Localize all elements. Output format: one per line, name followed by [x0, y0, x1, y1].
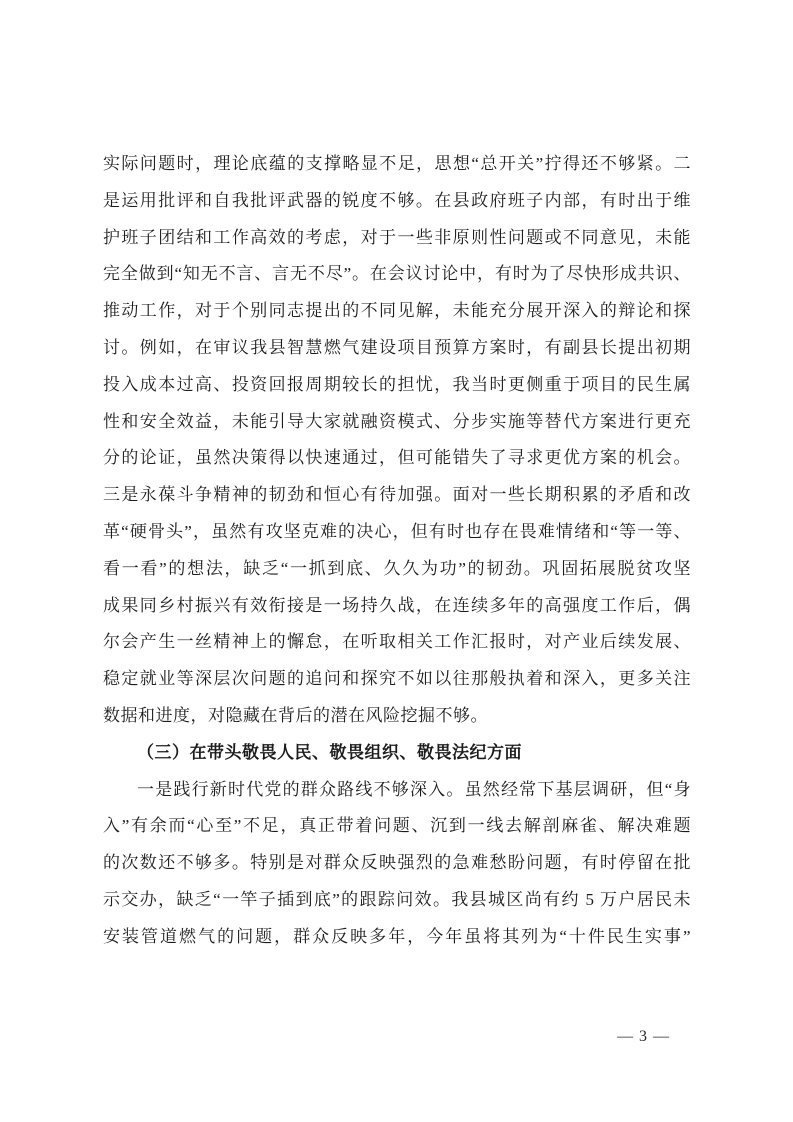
text-line: 看一看”的想法，缺乏“一抓到底、久久为功”的韧劲。巩固拓展脱贫攻坚	[103, 551, 691, 588]
document-body: 实际问题时，理论底蕴的支撑略显不足，思想“总开关”拧得还不够紧。二是运用批评和自…	[103, 146, 691, 956]
text-line: 三是永葆斗争精神的韧劲和恒心有待加强。面对一些长期积累的矛盾和改	[103, 477, 691, 514]
text-line: 安装管道燃气的问题，群众反映多年，今年虽将其列为“十件民生实事”	[103, 919, 691, 956]
text-line: 一是践行新时代党的群众路线不够深入。虽然经常下基层调研，但“身	[103, 772, 691, 809]
text-line: 是运用批评和自我批评武器的锐度不够。在县政府班子内部，有时出于维	[103, 183, 691, 220]
text-line: 推动工作，对于个别同志提出的不同见解，未能充分展开深入的辩论和探	[103, 293, 691, 330]
text-line: 分的论证，虽然决策得以快速通过，但可能错失了寻求更优方案的机会。	[103, 440, 691, 477]
text-line: 完全做到“知无不言、言无不尽”。在会议讨论中，有时为了尽快形成共识、	[103, 256, 691, 293]
text-line: 成果同乡村振兴有效衔接是一场持久战，在连续多年的高强度工作后，偶	[103, 588, 691, 625]
text-line: 性和安全效益，未能引导大家就融资模式、分步实施等替代方案进行更充	[103, 404, 691, 441]
text-line: 投入成本过高、投资回报周期较长的担忧，我当时更侧重于项目的民生属	[103, 367, 691, 404]
text-line: 革“硬骨头”，虽然有攻坚克难的决心，但有时也存在畏难情绪和“等一等、	[103, 514, 691, 551]
text-line: 的次数还不够多。特别是对群众反映强烈的急难愁盼问题，有时停留在批	[103, 845, 691, 882]
section-heading: （三）在带头敬畏人民、敬畏组织、敬畏法纪方面	[103, 735, 691, 772]
text-line: 实际问题时，理论底蕴的支撑略显不足，思想“总开关”拧得还不够紧。二	[103, 146, 691, 183]
text-line: 入”有余而“心至”不足，真正带着问题、沉到一线去解剖麻雀、解决难题	[103, 808, 691, 845]
page-number: — 3 —	[617, 1028, 670, 1046]
text-line: 尔会产生一丝精神上的懈怠，在听取相关工作汇报时，对产业后续发展、	[103, 624, 691, 661]
document-page: 实际问题时，理论底蕴的支撑略显不足，思想“总开关”拧得还不够紧。二是运用批评和自…	[0, 0, 793, 1122]
text-line: 讨。例如，在审议我县智慧燃气建设项目预算方案时，有副县长提出初期	[103, 330, 691, 367]
text-line: 稳定就业等深层次问题的追问和探究不如以往那般执着和深入，更多关注	[103, 661, 691, 698]
text-line: 数据和进度，对隐藏在背后的潜在风险挖掘不够。	[103, 698, 691, 735]
text-line: 护班子团结和工作高效的考虑，对于一些非原则性问题或不同意见，未能	[103, 220, 691, 257]
text-line: 示交办，缺乏“一竿子插到底”的跟踪问效。我县城区尚有约 5 万户居民未	[103, 882, 691, 919]
